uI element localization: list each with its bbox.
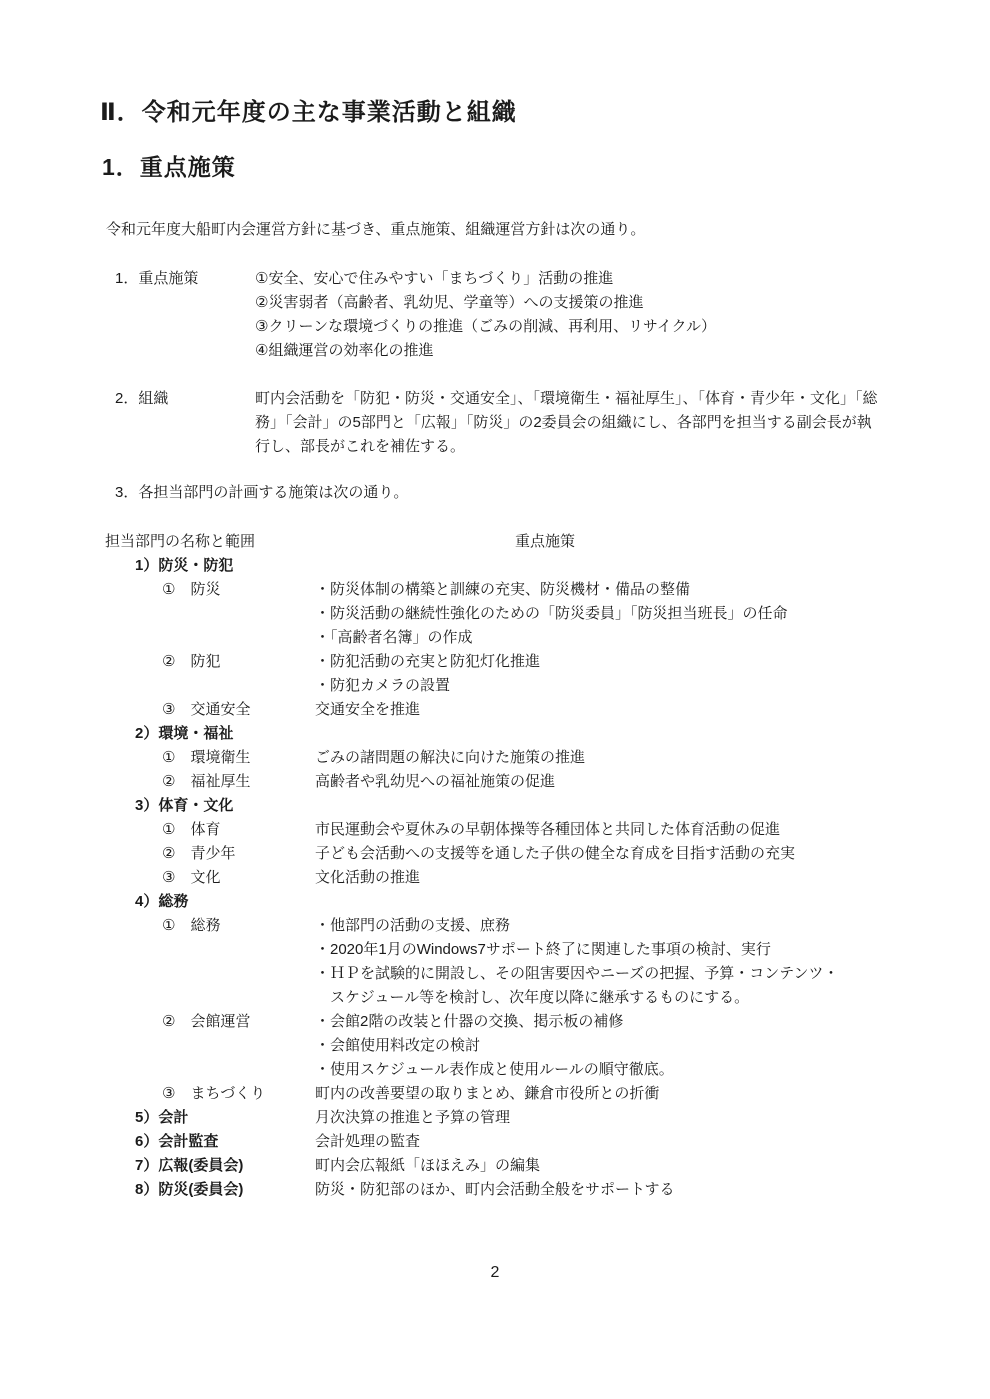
- table-row: 2）環境・福祉: [100, 722, 922, 746]
- row-content-line: 高齢者や乳幼児への福祉施策の促進: [315, 770, 922, 794]
- table-row: ② 青少年子ども会活動への支援等を通した子供の健全な育成を目指す活動の充実: [100, 842, 922, 866]
- section-content-line: 町内会活動を「防犯・防災・交通安全」、「環境衛生・福祉厚生」、「体育・青少年・文…: [255, 387, 880, 459]
- row-content-line: ・防犯カメラの設置: [315, 674, 922, 698]
- intro-paragraph: 令和元年度大船町内会運営方針に基づき、重点施策、組織運営方針は次の通り。: [106, 220, 922, 240]
- section-heading: 1．重点施策: [102, 152, 922, 182]
- row-content-line: ・2020年1月のWindows7サポート終了に関連した事項の検討、実行: [315, 938, 922, 962]
- section-content-line: ④組織運営の効率化の推進: [255, 339, 880, 363]
- row-content-line: 交通安全を推進: [315, 698, 922, 722]
- row-label: ② 青少年: [162, 842, 315, 866]
- row-label: ① 環境衛生: [162, 746, 315, 770]
- row-content: 子ども会活動への支援等を通した子供の健全な育成を目指す活動の充実: [315, 842, 922, 866]
- document-page: Ⅱ．令和元年度の主な事業活動と組織 1．重点施策 令和元年度大船町内会運営方針に…: [0, 0, 990, 1399]
- table-row: 3）体育・文化: [100, 794, 922, 818]
- row-label: 1）防災・防犯: [135, 554, 233, 578]
- row-content: 月次決算の推進と予算の管理: [315, 1106, 922, 1130]
- row-content: 防災・防犯部のほか、町内会活動全般をサポートする: [315, 1178, 922, 1202]
- table-row: ③ 文化文化活動の推進: [100, 866, 922, 890]
- row-label: ① 防災: [162, 578, 315, 602]
- row-content: 高齢者や乳幼児への福祉施策の促進: [315, 770, 922, 794]
- row-content-line: ・会館使用料改定の検討: [315, 1034, 922, 1058]
- row-content-line: 月次決算の推進と予算の管理: [315, 1106, 922, 1130]
- numbered-section: 2．組織町内会活動を「防犯・防災・交通安全」、「環境衛生・福祉厚生」、「体育・青…: [100, 387, 922, 459]
- row-label: ③ まちづくり: [162, 1082, 315, 1106]
- row-content: ・防災体制の構築と訓練の充実、防災機材・備品の整備・防災活動の継続性強化のための…: [315, 578, 922, 650]
- row-content-line: 子ども会活動への支援等を通した子供の健全な育成を目指す活動の充実: [315, 842, 922, 866]
- section-content: 町内会活動を「防犯・防災・交通安全」、「環境衛生・福祉厚生」、「体育・青少年・文…: [255, 387, 880, 459]
- numbered-section: 1．重点施策①安全、安心で住みやすい「まちづくり」活動の推進②災害弱者（高齢者、…: [100, 267, 922, 363]
- row-label: 3）体育・文化: [135, 794, 233, 818]
- row-content-line: ・使用スケジュール表作成と使用ルールの順守徹底。: [315, 1058, 922, 1082]
- col1-header: 担当部門の名称と範囲: [105, 533, 255, 550]
- row-label: 6）会計監査: [135, 1130, 315, 1154]
- row-content: ・他部門の活動の支援、庶務・2020年1月のWindows7サポート終了に関連し…: [315, 914, 922, 1010]
- section-label: 1．重点施策: [115, 267, 255, 291]
- section3-note: 3．各担当部門の計画する施策は次の通り。: [115, 483, 922, 503]
- table-row: 6）会計監査会計処理の監査: [100, 1130, 922, 1154]
- row-content-line: 文化活動の推進: [315, 866, 922, 890]
- row-content-line: ・会館2階の改装と什器の交換、掲示板の補修: [315, 1010, 922, 1034]
- row-content: ごみの諸問題の解決に向けた施策の推進: [315, 746, 922, 770]
- row-label: 2）環境・福祉: [135, 722, 233, 746]
- row-label: ② 福祉厚生: [162, 770, 315, 794]
- row-content-line: ・「高齢者名簿」の作成: [315, 626, 922, 650]
- row-label: 8）防災(委員会): [135, 1178, 315, 1202]
- row-content: 市民運動会や夏休みの早朝体操等各種団体と共同した体育活動の促進: [315, 818, 922, 842]
- section-label: 2．組織: [115, 387, 255, 411]
- row-content-line: ・他部門の活動の支援、庶務: [315, 914, 922, 938]
- row-content: ・会館2階の改装と什器の交換、掲示板の補修・会館使用料改定の検討・使用スケジュー…: [315, 1010, 922, 1082]
- row-content-line: 町内の改善要望の取りまとめ、鎌倉市役所との折衝: [315, 1082, 922, 1106]
- policy-table: 担当部門の名称と範囲 重点施策 1）防災・防犯① 防災・防災体制の構築と訓練の充…: [100, 530, 922, 1202]
- row-content-line: ・防災活動の継続性強化のための「防災委員」「防災担当班長」の任命: [315, 602, 922, 626]
- table-row: ① 体育市民運動会や夏休みの早朝体操等各種団体と共同した体育活動の促進: [100, 818, 922, 842]
- section-content-line: ①安全、安心で住みやすい「まちづくり」活動の推進: [255, 267, 880, 291]
- row-content: 会計処理の監査: [315, 1130, 922, 1154]
- row-content-line: 町内会広報紙「ほほえみ」の編集: [315, 1154, 922, 1178]
- policy-table-body: 1）防災・防犯① 防災・防災体制の構築と訓練の充実、防災機材・備品の整備・防災活…: [100, 554, 922, 1202]
- table-row: ③ 交通安全交通安全を推進: [100, 698, 922, 722]
- row-label: 4）総務: [135, 890, 188, 914]
- page-title: Ⅱ．令和元年度の主な事業活動と組織: [100, 98, 922, 128]
- table-row: ② 防犯・防犯活動の充実と防犯灯化推進・防犯カメラの設置: [100, 650, 922, 698]
- table-row: ① 環境衛生ごみの諸問題の解決に向けた施策の推進: [100, 746, 922, 770]
- table-row: ① 防災・防災体制の構築と訓練の充実、防災機材・備品の整備・防災活動の継続性強化…: [100, 578, 922, 650]
- section-content-line: ③クリーンな環境づくりの推進（ごみの削減、再利用、リサイクル）: [255, 315, 880, 339]
- row-content-line: 防災・防犯部のほか、町内会活動全般をサポートする: [315, 1178, 922, 1202]
- table-row: 7）広報(委員会)町内会広報紙「ほほえみ」の編集: [100, 1154, 922, 1178]
- row-content-line: ・ＨＰを試験的に開設し、その阻害要因やニーズの把握、予算・コンテンツ・: [315, 962, 922, 986]
- row-label: ② 会館運営: [162, 1010, 315, 1034]
- table-row: ② 福祉厚生高齢者や乳幼児への福祉施策の促進: [100, 770, 922, 794]
- row-content-line: ・防災体制の構築と訓練の充実、防災機材・備品の整備: [315, 578, 922, 602]
- row-label: 7）広報(委員会): [135, 1154, 315, 1178]
- row-label: ② 防犯: [162, 650, 315, 674]
- row-label: 5）会計: [135, 1106, 315, 1130]
- policy-table-header: 担当部門の名称と範囲 重点施策: [100, 530, 922, 554]
- section-content-line: ②災害弱者（高齢者、乳幼児、学童等）への支援策の推進: [255, 291, 880, 315]
- row-label: ③ 文化: [162, 866, 315, 890]
- row-content-line: 会計処理の監査: [315, 1130, 922, 1154]
- row-content-line: 市民運動会や夏休みの早朝体操等各種団体と共同した体育活動の促進: [315, 818, 922, 842]
- row-content: 町内の改善要望の取りまとめ、鎌倉市役所との折衝: [315, 1082, 922, 1106]
- row-content: ・防犯活動の充実と防犯灯化推進・防犯カメラの設置: [315, 650, 922, 698]
- table-row: 5）会計月次決算の推進と予算の管理: [100, 1106, 922, 1130]
- col2-header: 重点施策: [515, 530, 575, 554]
- row-content-line: ・防犯活動の充実と防犯灯化推進: [315, 650, 922, 674]
- table-row: 4）総務: [100, 890, 922, 914]
- table-row: ③ まちづくり町内の改善要望の取りまとめ、鎌倉市役所との折衝: [100, 1082, 922, 1106]
- row-content: 交通安全を推進: [315, 698, 922, 722]
- table-row: ② 会館運営・会館2階の改装と什器の交換、掲示板の補修・会館使用料改定の検討・使…: [100, 1010, 922, 1082]
- row-content: 町内会広報紙「ほほえみ」の編集: [315, 1154, 922, 1178]
- section-content: ①安全、安心で住みやすい「まちづくり」活動の推進②災害弱者（高齢者、乳幼児、学童…: [255, 267, 880, 363]
- row-label: ① 総務: [162, 914, 315, 938]
- row-label: ③ 交通安全: [162, 698, 315, 722]
- table-row: 8）防災(委員会)防災・防犯部のほか、町内会活動全般をサポートする: [100, 1178, 922, 1202]
- numbered-sections: 1．重点施策①安全、安心で住みやすい「まちづくり」活動の推進②災害弱者（高齢者、…: [100, 267, 922, 459]
- table-row: ① 総務・他部門の活動の支援、庶務・2020年1月のWindows7サポート終了…: [100, 914, 922, 1010]
- row-content-line: ごみの諸問題の解決に向けた施策の推進: [315, 746, 922, 770]
- page-number: 2: [0, 1264, 990, 1282]
- row-content: 文化活動の推進: [315, 866, 922, 890]
- row-content-line: スケジュール等を検討し、次年度以降に継承するものにする。: [315, 986, 922, 1010]
- row-label: ① 体育: [162, 818, 315, 842]
- table-row: 1）防災・防犯: [100, 554, 922, 578]
